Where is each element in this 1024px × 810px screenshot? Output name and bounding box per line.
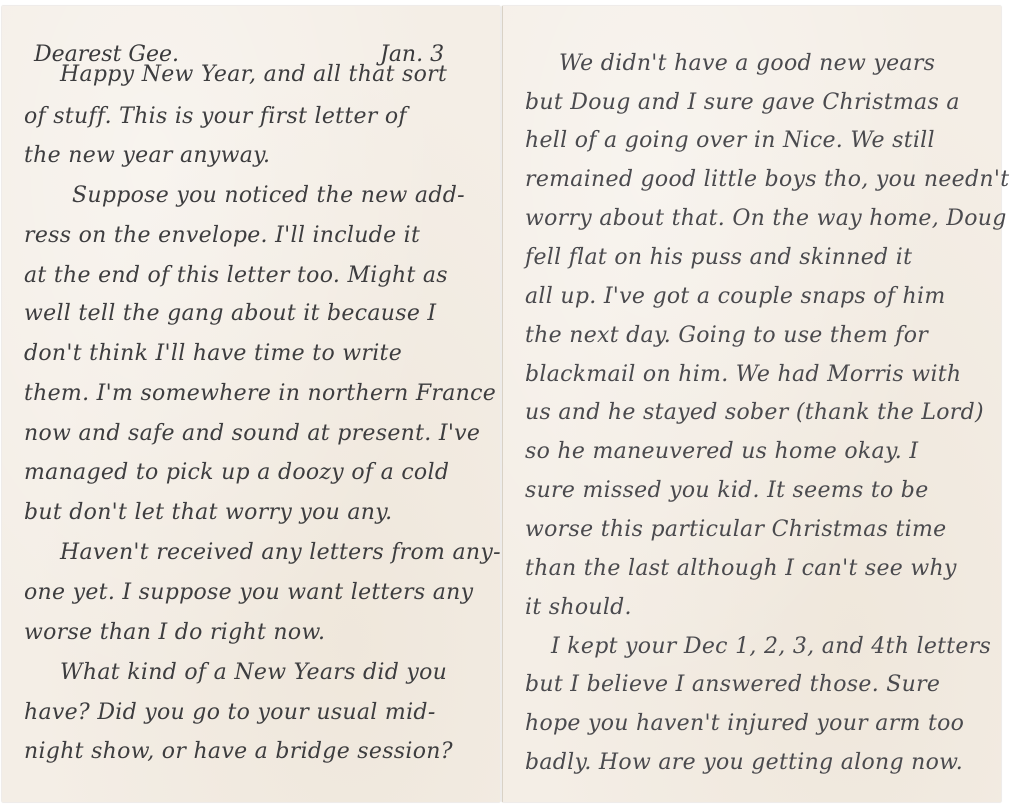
handwritten-line: What kind of a New Years did you: [2, 658, 500, 688]
handwritten-line: remained good little boys tho, you needn…: [503, 165, 1001, 195]
handwritten-line: now and safe and sound at present. I've: [2, 419, 500, 449]
handwritten-line: don't think I'll have time to write: [2, 339, 500, 369]
handwritten-line: at the end of this letter too. Might as: [2, 261, 500, 291]
handwritten-line: badly. How are you getting along now.: [503, 748, 1001, 778]
handwritten-line: blackmail on him. We had Morris with: [503, 360, 1001, 390]
handwritten-line: the next day. Going to use them for: [503, 321, 1001, 351]
handwritten-line: hope you haven't injured your arm too: [503, 709, 1001, 739]
handwritten-line: one yet. I suppose you want letters any: [2, 578, 500, 608]
handwritten-line: worse than I do right now.: [2, 618, 500, 648]
handwritten-line: Haven't received any letters from any-: [2, 538, 500, 568]
handwritten-line: have? Did you go to your usual mid-: [2, 698, 500, 728]
handwritten-line: but don't let that worry you any.: [2, 498, 500, 528]
handwritten-line: it should.: [503, 593, 1001, 623]
handwritten-line: managed to pick up a doozy of a cold: [2, 458, 500, 488]
handwritten-line: sure missed you kid. It seems to be: [503, 476, 1001, 506]
handwritten-line: but Doug and I sure gave Christmas a: [503, 88, 1001, 118]
handwritten-line: hell of a going over in Nice. We still: [503, 126, 1001, 156]
handwritten-line: than the last although I can't see why: [503, 554, 1001, 584]
handwritten-line: ress on the envelope. I'll include it: [2, 221, 500, 251]
handwritten-line: the new year anyway.: [2, 141, 500, 171]
handwritten-line: night show, or have a bridge session?: [2, 737, 500, 767]
handwritten-line: them. I'm somewhere in northern France: [2, 379, 500, 409]
handwritten-line: worry about that. On the way home, Doug: [503, 204, 1001, 234]
handwritten-line: Happy New Year, and all that sort: [2, 60, 500, 90]
handwritten-line: We didn't have a good new years: [503, 49, 1001, 79]
handwritten-line: so he maneuvered us home okay. I: [503, 437, 1001, 467]
handwritten-line: but I believe I answered those. Sure: [503, 670, 1001, 700]
handwritten-line: worse this particular Christmas time: [503, 515, 1001, 545]
handwritten-line: I kept your Dec 1, 2, 3, and 4th letters: [503, 632, 1001, 662]
letter-page-2: We didn't have a good new yearsbut Doug …: [502, 6, 1001, 802]
handwritten-line: fell flat on his puss and skinned it: [503, 243, 1001, 273]
handwritten-line: us and he stayed sober (thank the Lord): [503, 398, 1001, 428]
handwritten-line: well tell the gang about it because I: [2, 299, 500, 329]
handwritten-line: of stuff. This is your first letter of: [2, 102, 500, 132]
handwritten-line: all up. I've got a couple snaps of him: [503, 282, 1001, 312]
letter-page-1: Dearest Gee. Jan. 3 Happy New Year, and …: [2, 6, 500, 802]
handwritten-line: Suppose you noticed the new add-: [2, 181, 500, 211]
